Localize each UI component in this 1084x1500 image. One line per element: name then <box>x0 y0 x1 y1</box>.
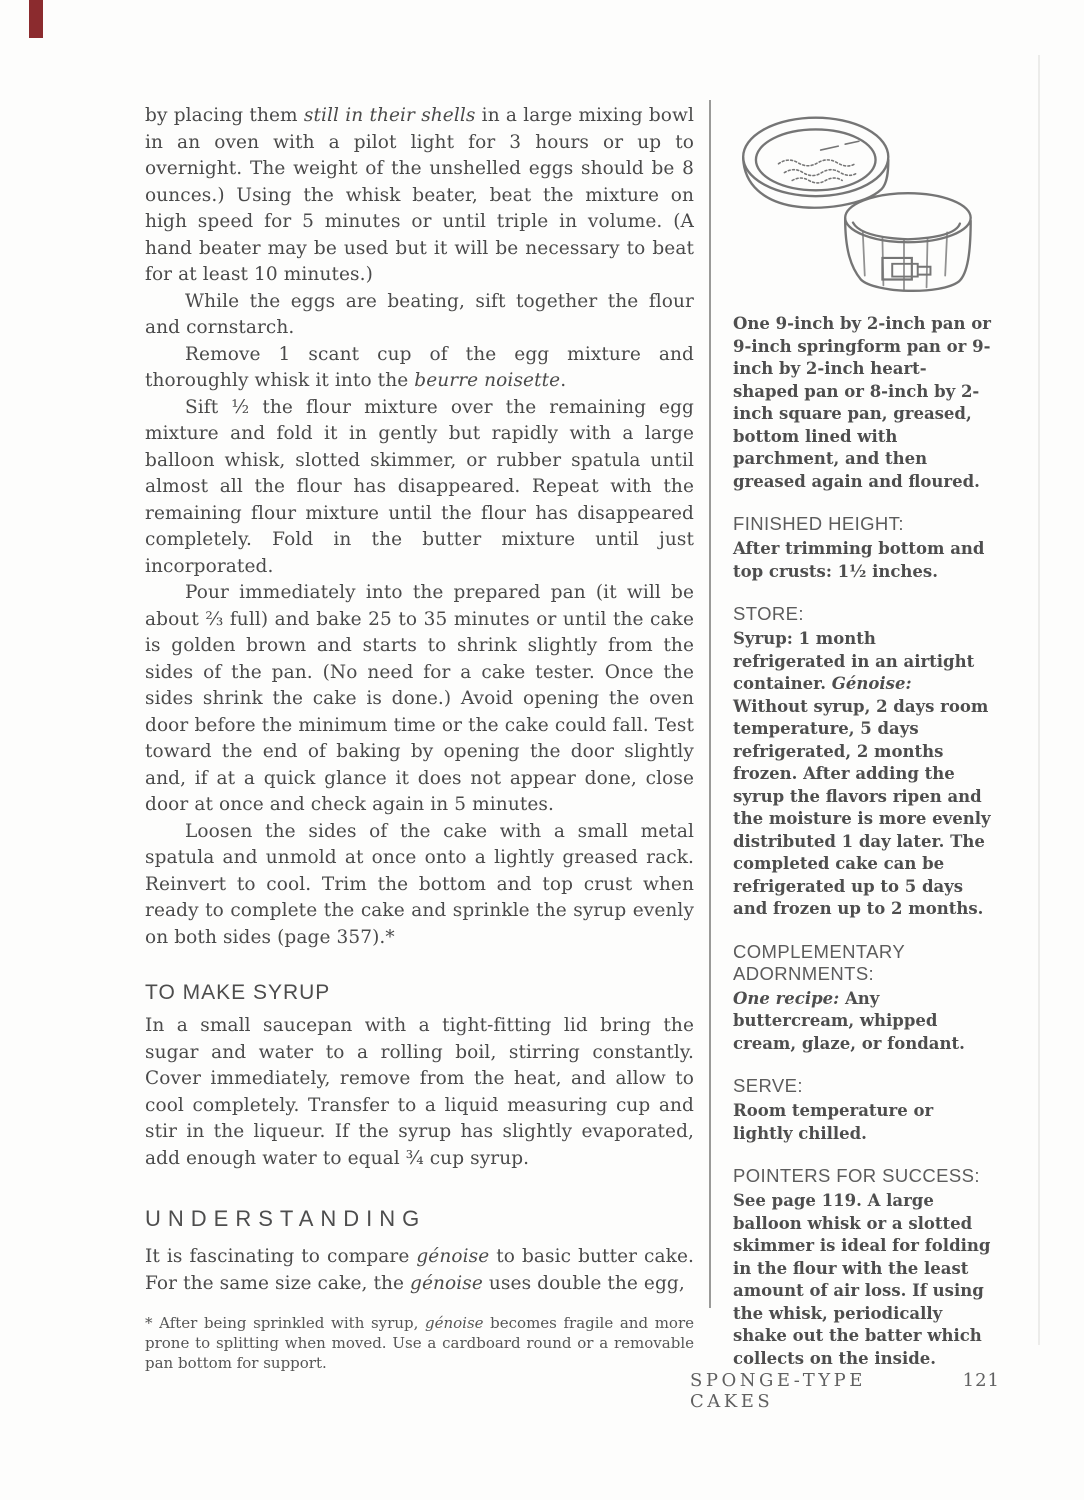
book-page: by placing them still in their shells in… <box>0 0 1084 1500</box>
footnote: * After being sprinkled with syrup, géno… <box>145 1313 694 1373</box>
sidebar-heading-store: STORE: <box>733 603 991 625</box>
understanding-paragraph: It is fascinating to compare génoise to … <box>145 1244 694 1297</box>
to-make-syrup-heading: TO MAKE SYRUP <box>145 981 694 1005</box>
paragraph-bake: Pour immediately into the prepared pan (… <box>145 580 694 819</box>
sidebar-body-store: Syrup: 1 month refrigerated in an airtig… <box>733 628 991 921</box>
paragraph-warming-eggs: by placing them still in their shells in… <box>145 103 694 289</box>
understanding-heading: UNDERSTANDING <box>145 1206 694 1232</box>
paragraph-beurre-noisette: Remove 1 scant cup of the egg mixture an… <box>145 342 694 395</box>
sidebar-heading-serve: SERVE: <box>733 1075 991 1097</box>
sidebar-heading-complementary-adornments: COMPLEMENTARY ADORNMENTS: <box>733 941 991 985</box>
syrup-paragraph: In a small saucepan with a tight-fitting… <box>145 1013 694 1172</box>
column-divider <box>709 100 711 1308</box>
running-head: SPONGE-TYPE CAKES <box>690 1370 927 1412</box>
cake-pans-illustration <box>727 103 979 305</box>
paragraph-sift-flour: While the eggs are beating, sift togethe… <box>145 289 694 342</box>
sidebar-body-complementary-adornments: One recipe: Any buttercream, whipped cre… <box>733 988 991 1056</box>
paragraph-fold-flour: Sift ½ the flour mixture over the remain… <box>145 395 694 581</box>
paragraph-unmold: Loosen the sides of the cake with a smal… <box>145 819 694 952</box>
sidebar-heading-pointers-for-success: POINTERS FOR SUCCESS: <box>733 1165 991 1187</box>
pan-requirements-note: One 9-inch by 2-inch pan or 9-inch sprin… <box>733 313 991 493</box>
springform-pan-sketch <box>845 193 971 291</box>
page-edge-line <box>1038 55 1040 1345</box>
sidebar-body-pointers-for-success: See page 119. A large balloon whisk or a… <box>733 1190 991 1370</box>
page-footer: SPONGE-TYPE CAKES 121 <box>690 1370 1000 1412</box>
bookmark-mark <box>29 0 43 38</box>
sidebar: One 9-inch by 2-inch pan or 9-inch sprin… <box>733 103 991 1370</box>
sidebar-body-serve: Room temperature or lightly chilled. <box>733 1100 991 1145</box>
page-number: 121 <box>963 1370 1000 1391</box>
main-text-column: by placing them still in their shells in… <box>145 103 694 1373</box>
sidebar-heading-finished-height: FINISHED HEIGHT: <box>733 513 991 535</box>
round-pan-sketch <box>743 118 888 208</box>
sidebar-body-finished-height: After trimming bottom and top crusts: 1½… <box>733 538 991 583</box>
